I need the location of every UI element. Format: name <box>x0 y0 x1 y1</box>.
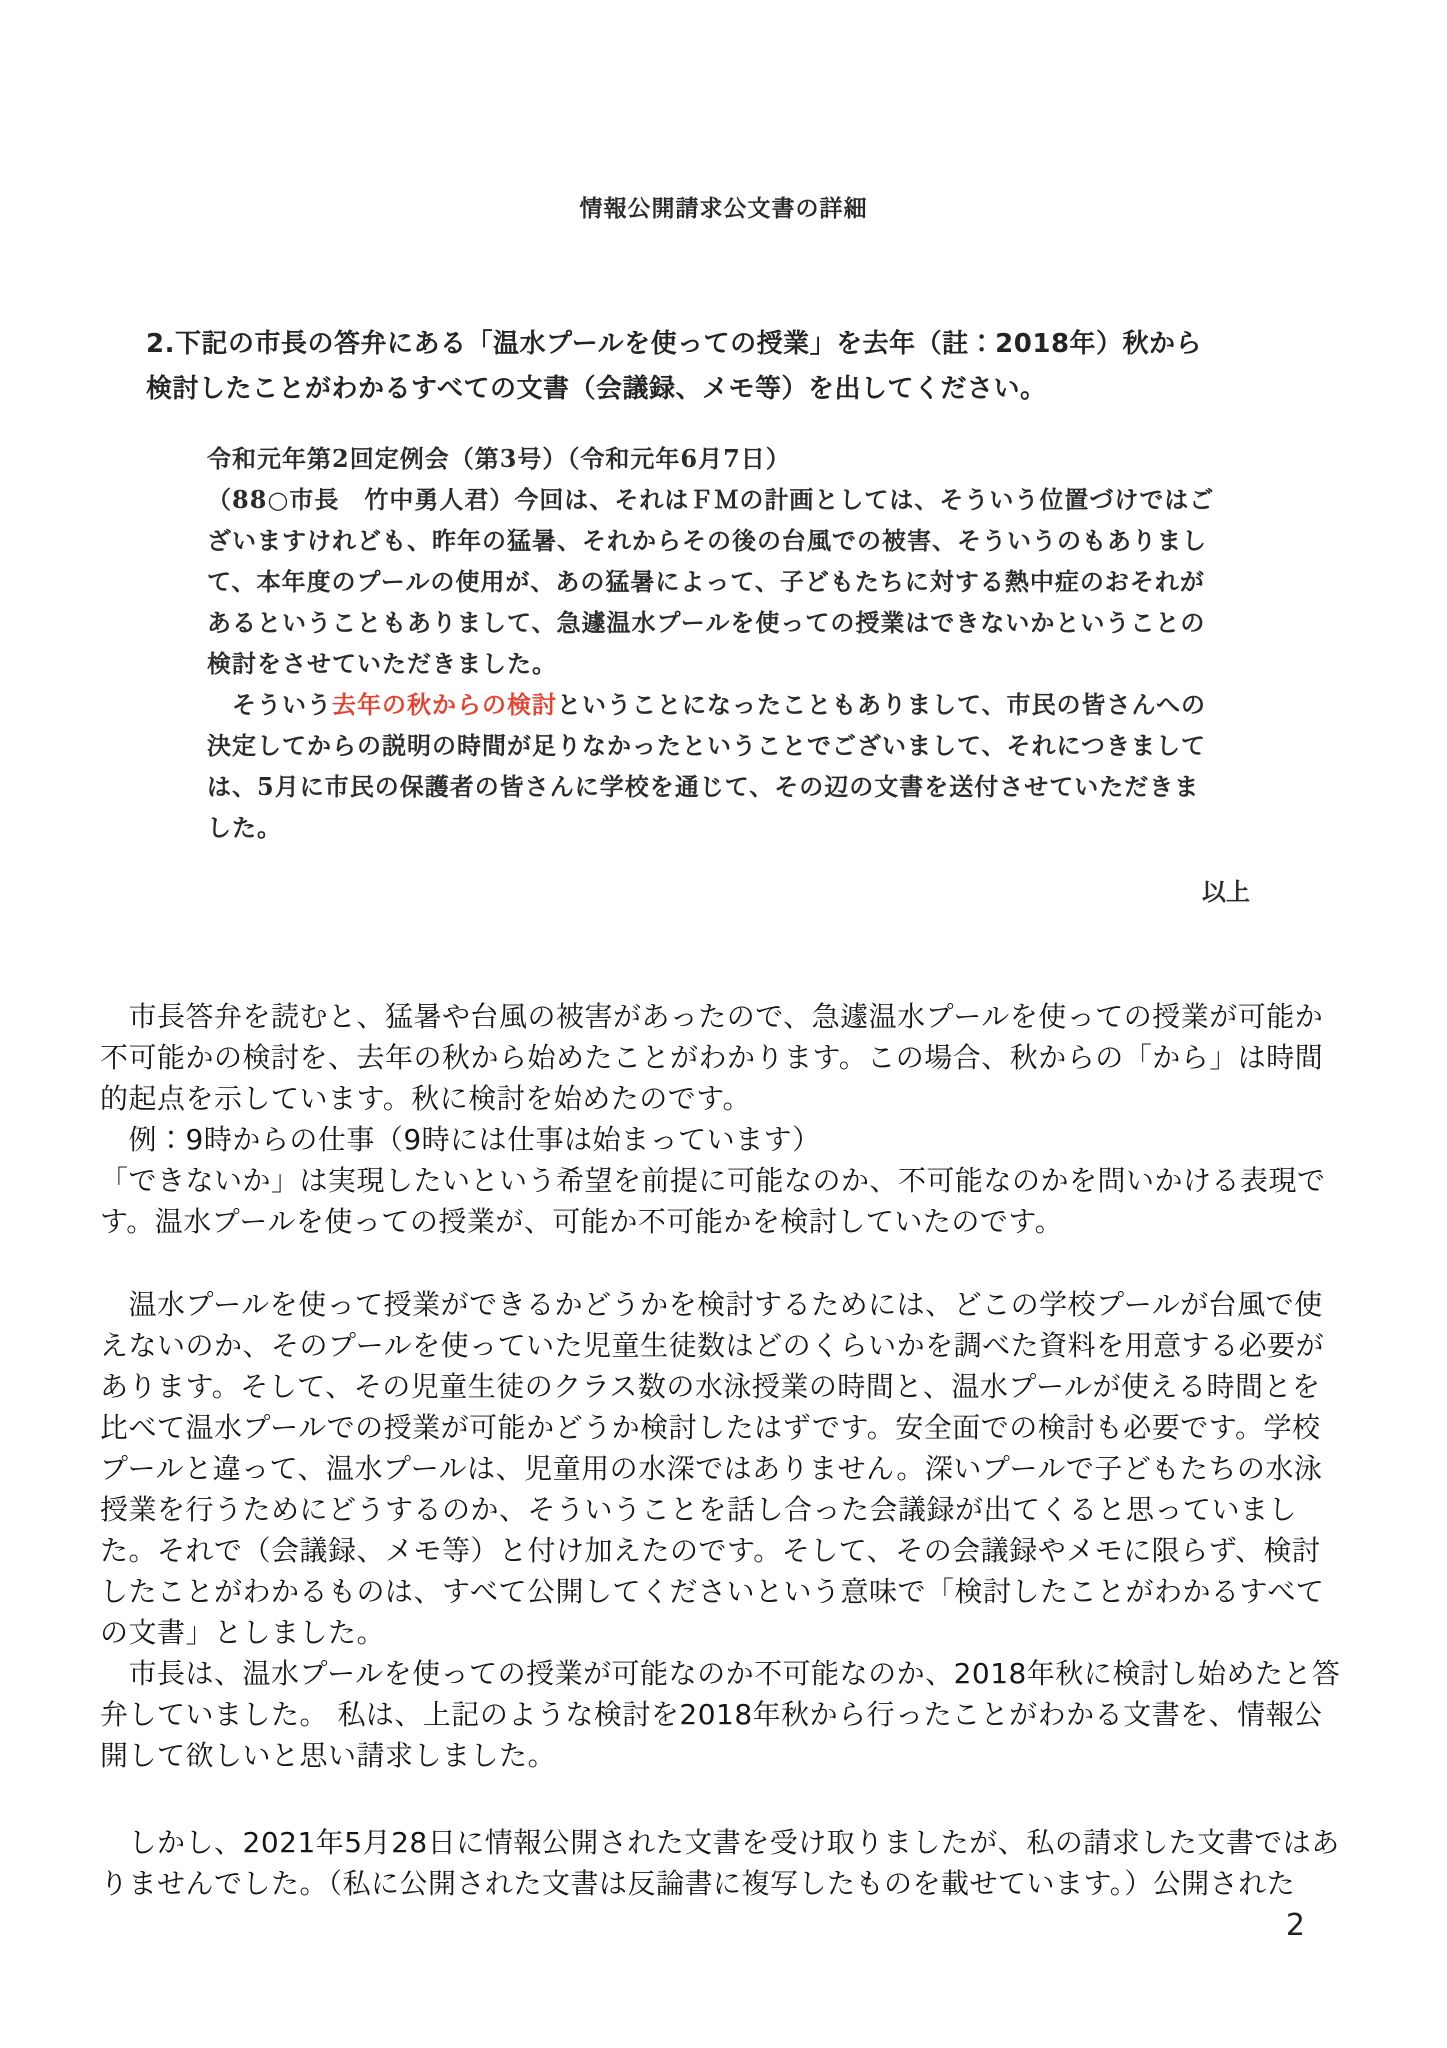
paragraph-line: す。温水プールを使っての授業が、可能か不可能かを検討していたのです。 <box>100 1201 1370 1242</box>
paragraph-line: りませんでした。（私に公開された文書は反論書に複写したものを載せています。）公開… <box>100 1863 1370 1904</box>
body-paragraph-3: しかし、2021年5月28日に情報公開された文書を受け取りましたが、私の請求した… <box>100 1822 1370 1904</box>
paragraph-line: あります。そして、その児童生徒のクラス数の水泳授業の時間と、温水プールが使える時… <box>100 1366 1370 1407</box>
quote-red-line-before: そういう <box>207 690 332 719</box>
paragraph-line: 例：9時からの仕事（9時には仕事は始まっています） <box>100 1119 1370 1160</box>
paragraph-line: 不可能かの検討を、去年の秋から始めたことがわかります。この場合、秋からの「から」… <box>100 1037 1370 1078</box>
quote-line: は、5月に市民の保護者の皆さんに学校を通じて、その辺の文書を送付させていただきま <box>207 766 1262 807</box>
paragraph-line: の文書」としました。 <box>100 1612 1370 1653</box>
quote-line-with-red-emphasis: そういう去年の秋からの検討ということになったこともありまして、市民の皆さんへの <box>207 684 1262 725</box>
quote-line: あるということもありまして、急遽温水プールを使っての授業はできないかということの <box>207 602 1262 643</box>
quote-line: した。 <box>207 807 1262 848</box>
paragraph-line: 弁していました。 私は、上記のような検討を2018年秋から行ったことがわかる文書… <box>100 1694 1370 1735</box>
quote-line: て、本年度のプールの使用が、あの猛暑によって、子どもたちに対する熱中症のおそれが <box>207 561 1262 602</box>
quote-line: 決定してからの説明の時間が足りなかったということでございまして、それにつきまして <box>207 725 1262 766</box>
quote-line: ざいますけれども、昨年の猛暑、それからその後の台風での被害、そういうのもありまし <box>207 520 1262 561</box>
request-heading-line: 検討したことがわかるすべての文書（会議録、メモ等）を出してください。 <box>146 367 1256 412</box>
paragraph-line: 温水プールを使って授業ができるかどうかを検討するためには、どこの学校プールが台風… <box>100 1284 1370 1325</box>
paragraph-line: したことがわかるものは、すべて公開してくださいという意味で「検討したことがわかる… <box>100 1571 1370 1612</box>
red-emphasis-text: 去年の秋からの検討 <box>332 690 557 719</box>
paragraph-line: えないのか、そのプールを使っていた児童生徒数はどのくらいかを調べた資料を用意する… <box>100 1325 1370 1366</box>
paragraph-line: 市長答弁を読むと、猛暑や台風の被害があったので、急遽温水プールを使っての授業が可… <box>100 996 1370 1037</box>
page-number: 2 <box>1286 1908 1305 1943</box>
quote-session-line: 令和元年第2回定例会（第3号）（令和元年6月7日） <box>207 438 1262 479</box>
request-heading-line: 2.下記の市長の答弁にある「温水プールを使っての授業」を去年（註：2018年）秋… <box>146 322 1256 367</box>
paragraph-line: た。それで（会議録、メモ等）と付け加えたのです。そして、その会議録やメモに限らず… <box>100 1530 1370 1571</box>
body-paragraph-2: 温水プールを使って授業ができるかどうかを検討するためには、どこの学校プールが台風… <box>100 1284 1370 1776</box>
paragraph-line: 開して欲しいと思い請求しました。 <box>100 1735 1370 1776</box>
paragraph-line: プールと違って、温水プールは、児童用の水深ではありません。深いプールで子どもたち… <box>100 1448 1370 1489</box>
closing-ijou: 以上 <box>1202 872 1250 907</box>
paragraph-line: 比べて温水プールでの授業が可能かどうか検討したはずです。安全面での検討も必要です… <box>100 1407 1370 1448</box>
paragraph-line: 授業を行うためにどうするのか、そういうことを話し合った会議録が出てくると思ってい… <box>100 1489 1370 1530</box>
body-paragraph-1: 市長答弁を読むと、猛暑や台風の被害があったので、急遽温水プールを使っての授業が可… <box>100 996 1370 1242</box>
paragraph-line: しかし、2021年5月28日に情報公開された文書を受け取りましたが、私の請求した… <box>100 1822 1370 1863</box>
council-minutes-quote: 令和元年第2回定例会（第3号）（令和元年6月7日） （88○市長 竹中勇人君）今… <box>207 438 1262 848</box>
request-heading: 2.下記の市長の答弁にある「温水プールを使っての授業」を去年（註：2018年）秋… <box>146 322 1256 412</box>
document-page: 情報公開請求公文書の詳細 2.下記の市長の答弁にある「温水プールを使っての授業」… <box>0 0 1447 2048</box>
quote-line: （88○市長 竹中勇人君）今回は、それはＦＭの計画としては、そういう位置づけでは… <box>207 479 1262 520</box>
paragraph-line: 市長は、温水プールを使っての授業が可能なのか不可能なのか、2018年秋に検討し始… <box>100 1653 1370 1694</box>
quote-red-line-after: ということになったこともありまして、市民の皆さんへの <box>557 690 1206 719</box>
page-title: 情報公開請求公文書の詳細 <box>0 190 1447 223</box>
paragraph-line: 「できないか」は実現したいという希望を前提に可能なのか、不可能なのかを問いかける… <box>100 1160 1370 1201</box>
quote-line: 検討をさせていただきました。 <box>207 643 1262 684</box>
paragraph-line: 的起点を示しています。秋に検討を始めたのです。 <box>100 1078 1370 1119</box>
